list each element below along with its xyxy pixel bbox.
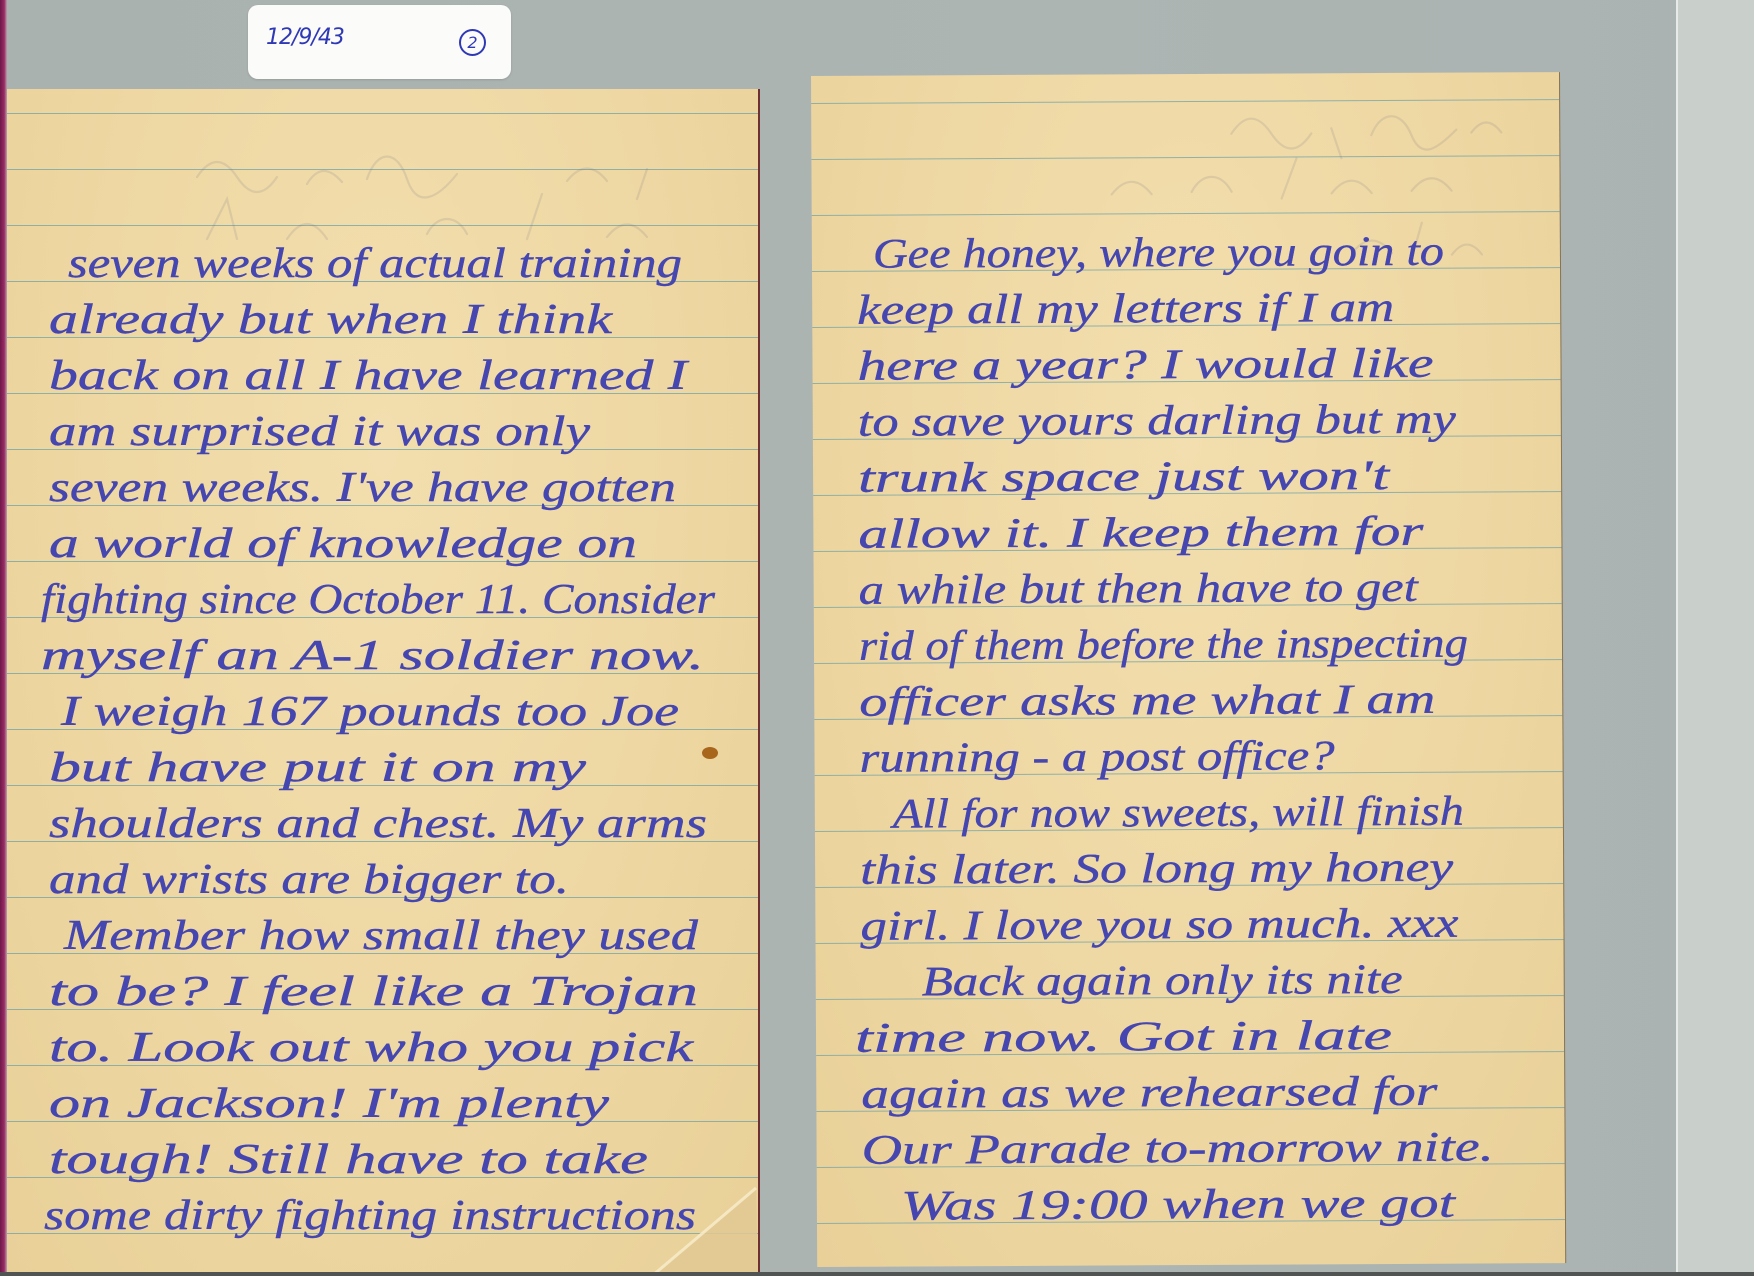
handwritten-line: Was 19:00 when we got	[901, 1181, 1457, 1230]
handwritten-line: here a year? I would like	[857, 341, 1433, 390]
binder-edge	[0, 0, 7, 1276]
handwritten-line: girl. I love you so much. xxx	[860, 901, 1459, 950]
left-letter-page: seven weeks of actual training already b…	[7, 89, 760, 1276]
handwritten-line: to save yours darling but my	[858, 397, 1457, 446]
scanner-edge-strip	[1676, 0, 1754, 1276]
handwritten-line: trunk space just won't	[858, 453, 1391, 502]
handwritten-line: again as we rehearsed for	[861, 1069, 1438, 1118]
handwritten-line: Our Parade to-morrow nite.	[862, 1124, 1494, 1173]
handwritten-line: this later. So long my honey	[860, 845, 1454, 894]
right-letter-page: Gee honey, where you goin to keep all my…	[811, 72, 1566, 1267]
ink-spot	[7, 89, 758, 1276]
handwritten-line: a while but then have to get	[859, 565, 1420, 614]
handwritten-line: rid of them before the inspecting	[859, 621, 1468, 670]
label-card: 12/9/43 2	[248, 5, 511, 79]
handwritten-line: Back again only its nite	[922, 957, 1403, 1006]
handwritten-line: officer asks me what I am	[859, 677, 1435, 726]
handwritten-line: time now. Got in late	[855, 1013, 1392, 1062]
handwritten-line: All for now sweets, will finish	[889, 789, 1464, 838]
handwriting-right: Gee honey, where you goin to keep all my…	[811, 72, 1565, 1267]
handwritten-line: running - a post office?	[859, 733, 1334, 781]
scan-bottom-edge	[0, 1272, 1754, 1276]
date-label: 12/9/43	[266, 25, 344, 50]
handwritten-line: Gee honey, where you goin to	[873, 229, 1444, 278]
handwritten-line: keep all my letters if I am	[857, 285, 1394, 334]
handwritten-line: allow it. I keep them for	[858, 509, 1424, 558]
page-number-badge: 2	[459, 29, 486, 56]
